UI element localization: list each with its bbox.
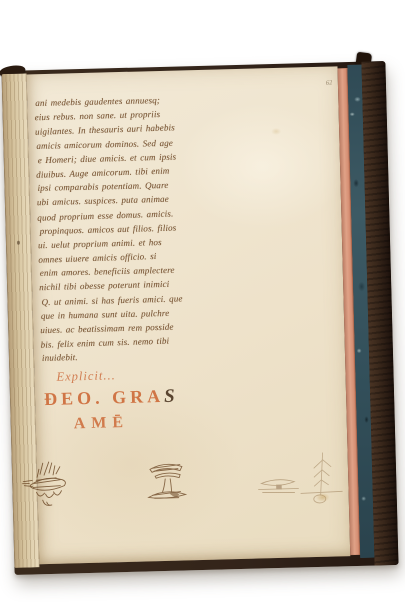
text-line: inuidebit. bbox=[42, 347, 222, 365]
umbrella-tree-doodle-sketch bbox=[142, 458, 193, 505]
book: 62 ani medebis gaudentes annuesq; eius r… bbox=[1, 61, 398, 575]
amen-rubric: AMĒ bbox=[74, 414, 130, 433]
deo-gratias-dark-s: S bbox=[164, 386, 179, 407]
folio-number: 62 bbox=[326, 79, 333, 87]
handwritten-text-block: ani medebis gaudentes annuesq; eius rebu… bbox=[34, 92, 221, 366]
ink-speck bbox=[17, 241, 20, 245]
deo-gratias-red-text: ÐEO. GRA bbox=[44, 386, 164, 409]
ship-scribble-doodle-sketch bbox=[22, 455, 73, 510]
foxing-stain bbox=[271, 128, 281, 135]
deo-gratias-rubric: ÐEO. GRAS bbox=[44, 386, 179, 412]
faint-boat-doodle-sketch bbox=[254, 475, 303, 496]
manuscript-photo: 62 ani medebis gaudentes annuesq; eius r… bbox=[0, 0, 405, 610]
explicit-rubric: Explicit... bbox=[56, 368, 116, 385]
parchment-page: 62 ani medebis gaudentes annuesq; eius r… bbox=[27, 66, 351, 564]
